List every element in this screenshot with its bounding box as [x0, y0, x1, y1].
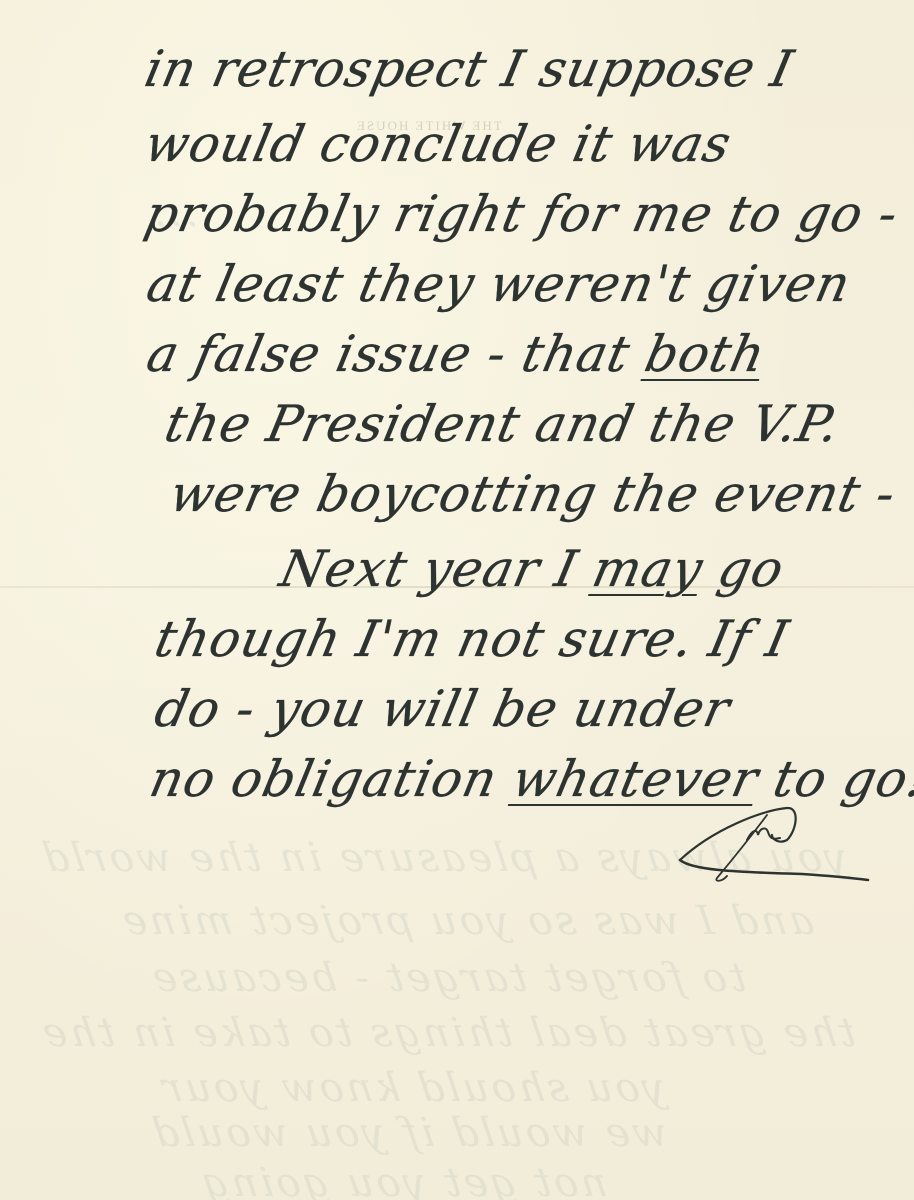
letter-line: probably right for me to go -	[140, 185, 904, 243]
underlined-word: may	[588, 540, 709, 598]
letter-line: though I'm not sure. If I	[150, 610, 794, 668]
line-text: Next year I	[275, 540, 600, 598]
letter-line: a false issue - that both	[142, 325, 771, 383]
letter-line: were boycotting the event -	[165, 465, 901, 523]
letter-line: in retrospect I suppose I	[140, 40, 799, 98]
bleed-line: the great deal things to take in the	[37, 1010, 859, 1056]
underlined-word: both	[640, 325, 771, 383]
bleed-line: to forget target - because	[147, 955, 749, 1001]
letter-line: the President and the V.P.	[160, 395, 845, 453]
bleed-line: you should know your	[157, 1065, 668, 1111]
line-text: no obligation	[145, 750, 520, 808]
bleed-line: and I was so you project mine	[117, 898, 817, 944]
letter-line: would conclude it was	[140, 115, 737, 173]
bleed-line: not get you going	[197, 1160, 610, 1200]
letter-line: at least they weren't given	[142, 255, 856, 313]
letter-line: Next year I may go	[275, 540, 789, 598]
bleed-line: we would if you would	[147, 1110, 670, 1156]
line-text: a false issue - that	[142, 325, 652, 383]
signature	[672, 800, 872, 890]
letter-line: do - you will be under	[150, 680, 736, 738]
line-text: go	[696, 540, 789, 598]
